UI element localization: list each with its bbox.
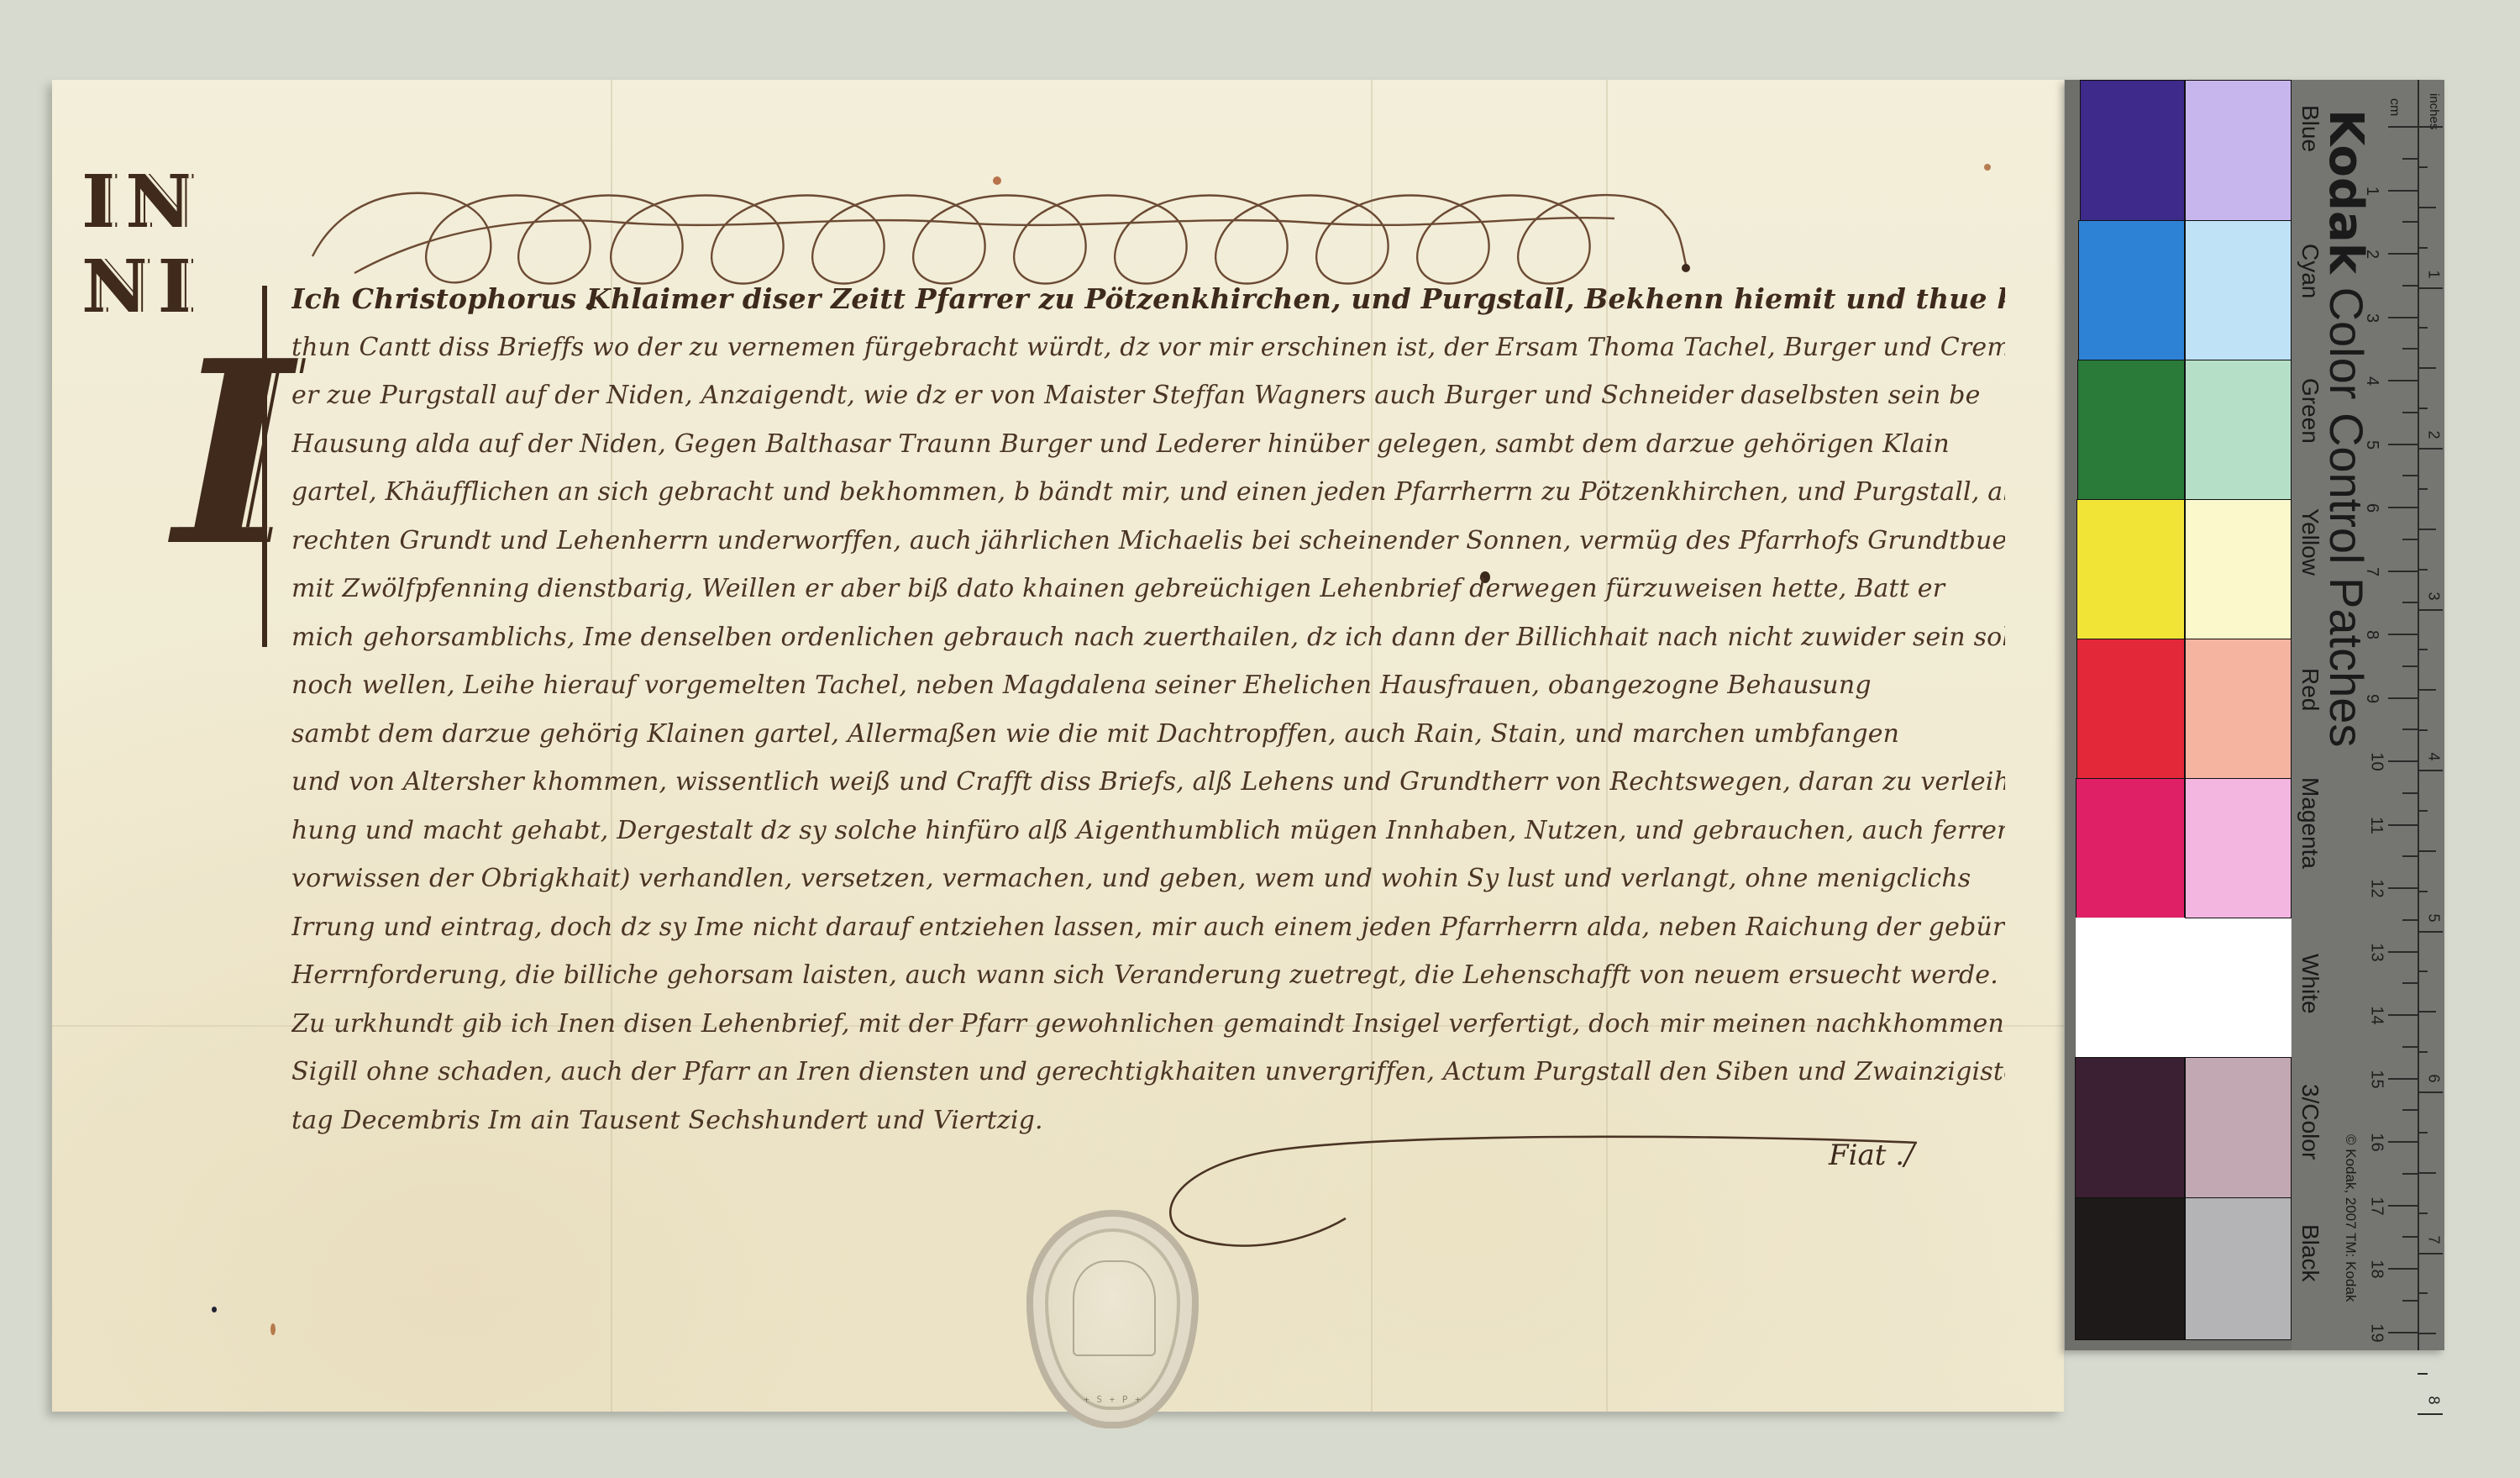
label-black: Black — [2297, 1224, 2323, 1281]
kodak-color-chart: Blue Cyan Green Yellow Red Magenta White… — [2065, 80, 2444, 1350]
cm-tick — [2388, 1268, 2418, 1270]
text-line: Hausung alda auf der Niden, Gegen Baltha… — [291, 420, 2005, 469]
cm-tick — [2402, 1046, 2418, 1048]
cm-tick — [2402, 1173, 2418, 1175]
inch-tick — [2418, 207, 2436, 208]
inch-tick — [2418, 408, 2428, 409]
text-line: noch wellen, Leihe hierauf vorgemelten T… — [291, 661, 2005, 710]
cm-tick — [2388, 634, 2418, 635]
unit-cm: cm — [2386, 98, 2402, 116]
inch-tick — [2418, 970, 2428, 972]
text-line: und von Altersher khommen, wissentlich w… — [291, 758, 2005, 807]
chart-title: Color Control Patches — [2320, 287, 2373, 748]
inch-tick — [2418, 1373, 2428, 1375]
cm-mark-label: 16 — [2367, 1133, 2386, 1151]
cm-mark-label: 11 — [2366, 817, 2386, 834]
cm-mark-label: 4 — [2362, 376, 2381, 386]
patch-3color-dark — [2075, 1057, 2185, 1198]
cm-tick — [2402, 539, 2418, 540]
inch-mark-label: 5 — [2425, 913, 2443, 922]
ruler-edge — [2418, 80, 2419, 1350]
cm-tick — [2402, 728, 2418, 730]
text-line: er zue Purgstall auf der Niden, Anzaigen… — [291, 371, 2005, 420]
patch-magenta-dark — [2076, 778, 2185, 918]
ink-spot — [270, 1323, 276, 1335]
inch-mark-label: 8 — [2425, 1396, 2443, 1404]
label-magenta: Magenta — [2297, 777, 2323, 869]
cm-tick — [2388, 1141, 2418, 1143]
cm-mark-label: 12 — [2367, 879, 2386, 897]
ink-spot — [212, 1307, 217, 1312]
inch-mark-label: 4 — [2425, 752, 2443, 760]
cm-tick — [2388, 1078, 2418, 1080]
cm-tick — [2388, 887, 2418, 889]
cm-tick — [2388, 951, 2418, 953]
patch-cyan-light — [2185, 220, 2292, 360]
cm-mark-label: 13 — [2367, 943, 2386, 961]
initial-vertical-stroke — [262, 286, 267, 647]
cm-mark-label: 10 — [2367, 752, 2386, 771]
inch-tick — [2418, 729, 2428, 731]
inch-tick — [2418, 850, 2436, 852]
cm-tick — [2402, 158, 2418, 160]
patch-white — [2076, 918, 2292, 1059]
cm-tick — [2402, 792, 2418, 794]
cm-mark-label: 9 — [2362, 693, 2381, 702]
inch-tick — [2418, 126, 2443, 128]
unit-inches: inches — [2427, 93, 2441, 129]
charter-document: IN NI I Ich Christophorus Khlaimer diser… — [52, 80, 2064, 1412]
cm-tick — [2402, 1109, 2418, 1111]
inch-tick — [2418, 649, 2428, 650]
fiat-signature: Fiat ./ — [1829, 1139, 1914, 1172]
inch-tick — [2418, 1253, 2443, 1254]
inch-tick — [2418, 689, 2436, 691]
cm-tick — [2402, 855, 2418, 857]
cm-tick — [2402, 919, 2418, 921]
initial-capital-letter: I — [174, 328, 291, 580]
cm-tick — [2388, 760, 2418, 762]
patch-red-light — [2185, 639, 2292, 779]
cm-tick — [2388, 824, 2418, 826]
inch-tick — [2418, 770, 2443, 771]
text-line: sambt dem darzue gehörig Klainen gartel,… — [291, 710, 2005, 759]
patch-grey — [2185, 1197, 2292, 1340]
cm-tick — [2388, 507, 2418, 508]
cm-tick — [2402, 348, 2418, 350]
cm-mark-label: 17 — [2367, 1197, 2386, 1215]
kodak-title: Kodak Color Control Patches — [2318, 109, 2374, 747]
inch-tick — [2418, 891, 2428, 892]
text-line: gartel, Khäufflichen an sich gebracht un… — [291, 468, 2005, 517]
text-line: Irrung und eintrag, doch dz sy Ime nicht… — [291, 903, 2005, 952]
cm-tick — [2388, 444, 2418, 445]
patch-red-dark — [2076, 639, 2185, 779]
label-3color: 3/Color — [2297, 1084, 2323, 1160]
inch-mark-label: 7 — [2425, 1235, 2443, 1244]
text-line: mich gehorsamblichs, Ime denselben orden… — [291, 613, 2005, 662]
cm-mark-label: 1 — [2362, 186, 2381, 195]
inch-tick — [2418, 931, 2443, 933]
patch-black — [2075, 1197, 2185, 1340]
cm-mark-label: 19 — [2367, 1323, 2386, 1342]
inch-mark-label: 6 — [2425, 1074, 2443, 1082]
text-line: Zu urkhundt gib ich Inen disen Lehenbrie… — [291, 1000, 2005, 1049]
cm-mark-label: 6 — [2362, 503, 2381, 513]
ruler: Blue Cyan Green Yellow Red Magenta White… — [2292, 80, 2444, 1350]
cm-tick — [2402, 475, 2418, 476]
patch-magenta-light — [2185, 778, 2292, 918]
inch-tick — [2418, 1051, 2428, 1053]
cm-mark-label: 15 — [2367, 1070, 2386, 1088]
inch-tick — [2418, 1172, 2436, 1174]
cm-tick — [2388, 1332, 2418, 1333]
cm-tick — [2388, 1205, 2418, 1207]
cm-tick — [2402, 1300, 2418, 1302]
cm-mark-label: 8 — [2362, 630, 2381, 639]
inch-tick — [2418, 287, 2443, 289]
patch-yellow-light — [2185, 499, 2292, 639]
cm-tick — [2402, 665, 2418, 667]
decorated-initial: IN NI I — [81, 160, 283, 647]
cm-tick — [2402, 602, 2418, 603]
cm-mark-label: 5 — [2362, 439, 2381, 449]
text-line: rechten Grundt und Lehenherrn underworff… — [291, 517, 2005, 565]
inch-tick — [2418, 247, 2428, 249]
patch-blue-light — [2185, 80, 2292, 221]
cm-tick — [2388, 126, 2418, 128]
inch-tick — [2418, 609, 2443, 611]
paper-seal: + S + P + — [1026, 1210, 1199, 1428]
inch-mark-label: 1 — [2425, 270, 2443, 278]
cm-tick — [2388, 253, 2418, 255]
cm-tick — [2388, 190, 2418, 192]
inch-tick — [2418, 1292, 2428, 1294]
cm-tick — [2388, 571, 2418, 572]
inch-tick — [2418, 1132, 2428, 1133]
cm-tick — [2402, 982, 2418, 984]
cm-mark-label: 14 — [2367, 1006, 2386, 1024]
cm-tick — [2402, 412, 2418, 413]
patch-yellow-dark — [2076, 499, 2185, 639]
inch-tick — [2418, 448, 2443, 450]
text-line: Ich Christophorus Khlaimer diser Zeitt P… — [291, 275, 2005, 323]
inch-tick — [2418, 1413, 2443, 1415]
text-line: mit Zwölfpfenning dienstbarig, Weillen e… — [291, 565, 2005, 613]
seal-inscription: + S + P + — [1026, 1394, 1199, 1405]
patch-green-dark — [2077, 360, 2185, 500]
flourish-end-dot — [1682, 264, 1690, 272]
inch-tick — [2418, 327, 2428, 329]
cm-tick — [2402, 285, 2418, 287]
inch-tick — [2418, 810, 2428, 812]
cm-tick — [2388, 697, 2418, 699]
text-line: Sigill ohne schaden, auch der Pfarr an I… — [291, 1048, 2005, 1097]
charter-text: Ich Christophorus Khlaimer diser Zeitt P… — [291, 275, 2005, 1144]
inch-tick — [2418, 569, 2428, 571]
cm-mark-label: 2 — [2362, 250, 2381, 259]
patch-cyan-dark — [2078, 220, 2185, 360]
cm-tick — [2402, 1236, 2418, 1238]
inch-mark-label: 3 — [2425, 592, 2443, 600]
inch-tick — [2418, 1091, 2443, 1093]
label-white: White — [2297, 954, 2323, 1014]
seal-figure-icon — [1073, 1260, 1156, 1356]
cm-mark-label: 7 — [2362, 566, 2381, 576]
cm-tick — [2388, 317, 2418, 318]
inch-tick — [2418, 488, 2428, 490]
patch-green-light — [2185, 360, 2292, 500]
ink-spot — [1984, 164, 1991, 171]
cm-mark-label: 18 — [2367, 1260, 2386, 1278]
text-line: thun Cantt diss Brieffs wo der zu vernem… — [291, 323, 2005, 372]
inch-mark-label: 2 — [2425, 430, 2443, 439]
inch-tick — [2418, 1333, 2436, 1334]
inch-tick — [2418, 1011, 2436, 1013]
patch-blue-dark — [2080, 80, 2185, 221]
inch-tick — [2418, 166, 2428, 168]
text-line: Herrnforderung, die billiche gehorsam la… — [291, 951, 2005, 1000]
inch-tick — [2418, 1212, 2428, 1214]
inch-tick — [2418, 529, 2436, 530]
cm-tick — [2402, 221, 2418, 223]
inch-tick — [2418, 367, 2436, 369]
cm-tick — [2388, 1014, 2418, 1016]
text-line: vorwissen der Obrigkhait) verhandlen, ve… — [291, 855, 2005, 903]
cm-tick — [2388, 380, 2418, 381]
initial-header-letters: IN NI — [81, 160, 283, 329]
cm-mark-label: 3 — [2362, 313, 2381, 322]
text-line: hung und macht gehabt, Dergestalt dz sy … — [291, 807, 2005, 855]
copyright-text: © Kodak, 2007 TM: Kodak — [2342, 1134, 2359, 1302]
patch-3color-light — [2185, 1057, 2292, 1198]
